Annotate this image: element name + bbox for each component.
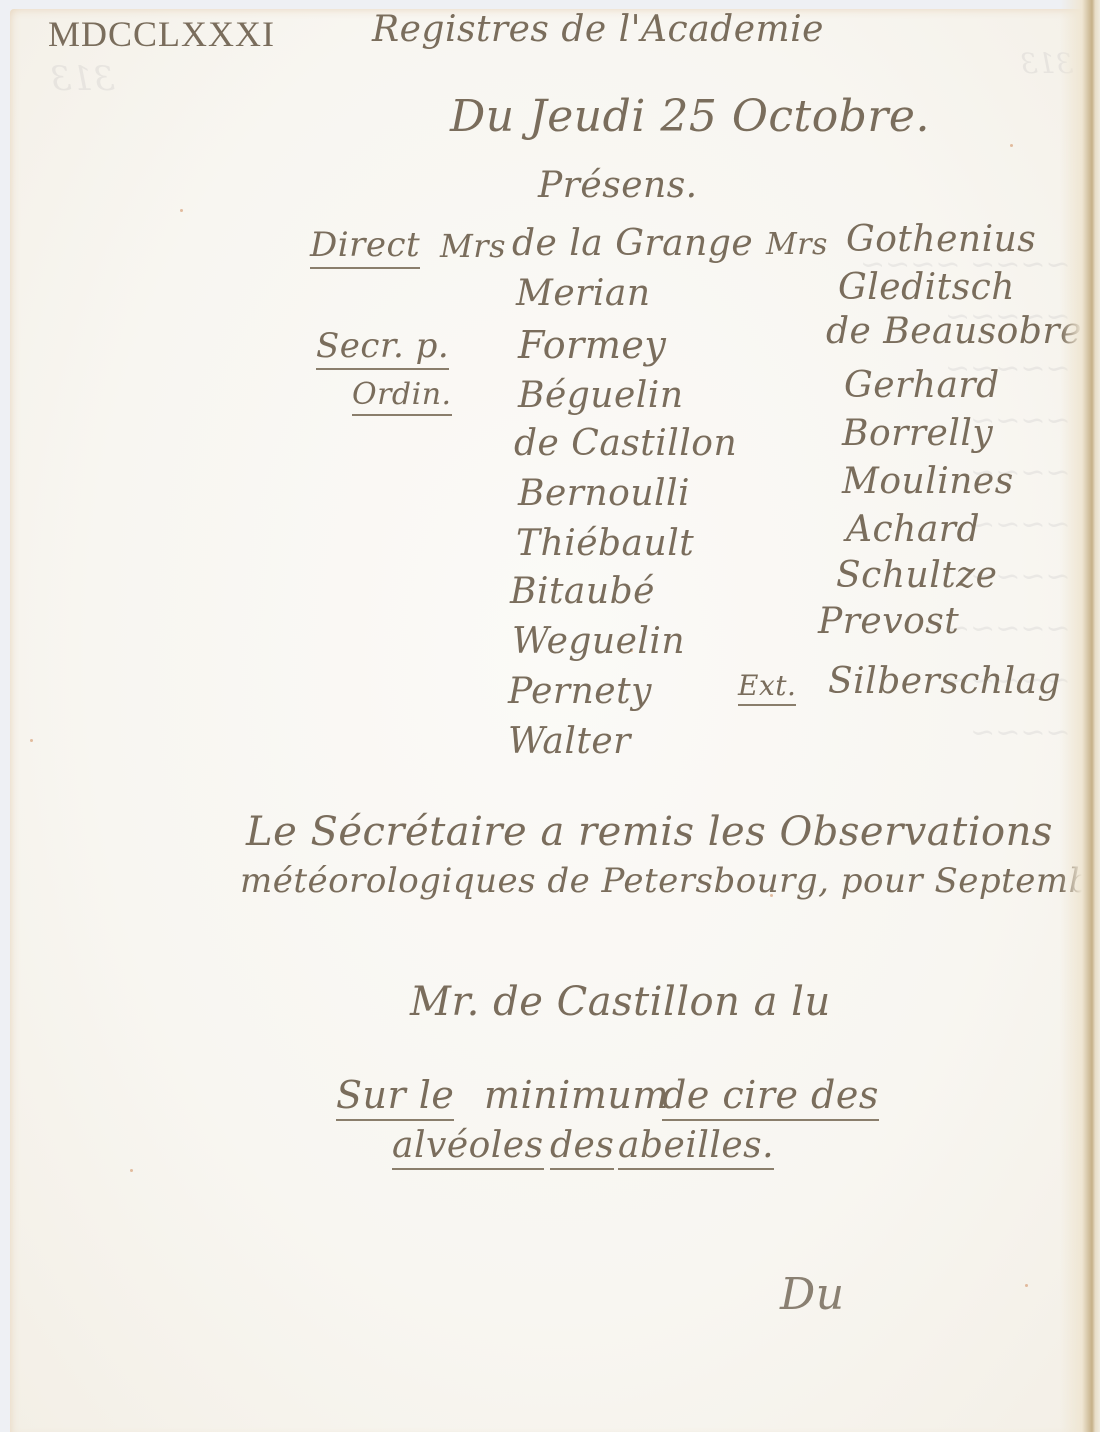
manuscript-page: 313 313 ~~~~ ~~~~~~~~~~~~~~~~~~~~~~~~~~~…	[10, 9, 1100, 1432]
book-gutter-edge	[1060, 0, 1100, 1432]
year-roman-numeral: MDCCLXXXI	[48, 13, 275, 55]
member-name: Bernoulli	[518, 473, 690, 514]
member-name: Béguelin	[518, 375, 684, 416]
memoir-title-part: de cire des	[662, 1073, 879, 1121]
member-name: Borrelly	[842, 413, 993, 454]
member-name: Thiébault	[516, 523, 694, 564]
role-label-secretary: Secr. p.	[316, 326, 449, 370]
memoir-title-part: Sur le	[336, 1073, 454, 1121]
paper-speck	[30, 739, 33, 742]
paper-speck	[130, 1169, 133, 1172]
bleed-through-page-number: 313	[50, 59, 115, 99]
member-name: Walter	[508, 721, 631, 762]
member-name: Bitaubé	[510, 571, 655, 612]
member-name: Schultze	[836, 555, 997, 596]
minutes-paragraph-1-line-1: Le Sécrétaire a remis les Observations	[246, 809, 1053, 855]
memoir-title-part: alvéoles	[392, 1125, 544, 1170]
member-name: Weguelin	[512, 621, 685, 662]
memoir-title-part: abeilles.	[618, 1125, 774, 1170]
member-name: Gothenius	[846, 219, 1036, 260]
right-column-prefix: Mrs	[766, 227, 828, 262]
member-name: Gerhard	[844, 365, 1000, 406]
meeting-date: Du Jeudi 25 Octobre.	[450, 91, 930, 142]
register-title: Registres de l'Academie	[372, 9, 824, 50]
member-name: Achard	[846, 509, 980, 550]
memoir-title-part: minimum	[484, 1073, 669, 1117]
catchword: Du	[780, 1269, 845, 1320]
role-label-external: Ext.	[738, 669, 796, 706]
minutes-paragraph-1-line-2: météorologiques de Petersbourg, pour Sep…	[240, 861, 1100, 901]
member-name: Formey	[518, 323, 666, 367]
member-name: Pernety	[508, 671, 652, 712]
paper-speck	[1025, 1284, 1028, 1287]
member-name: de Castillon	[514, 423, 737, 464]
paper-speck	[180, 209, 183, 212]
member-name: Silberschlag	[828, 661, 1061, 702]
member-name: de Beausobre	[826, 311, 1082, 352]
member-name: Merian	[516, 273, 651, 314]
paper-speck	[1010, 144, 1013, 147]
member-name: Prevost	[818, 601, 959, 642]
reading-announcement: Mr. de Castillon a lu	[410, 979, 831, 1025]
role-label-director: Direct	[310, 225, 420, 269]
attendance-heading: Présens.	[538, 165, 698, 206]
memoir-title-part: des	[550, 1125, 614, 1170]
member-name: Moulines	[842, 461, 1014, 502]
role-label-ordinary: Ordin.	[352, 377, 452, 416]
member-name: de la Grange	[512, 223, 753, 264]
left-column-prefix: Mrs	[440, 227, 506, 265]
member-name: Gleditsch	[838, 267, 1015, 308]
